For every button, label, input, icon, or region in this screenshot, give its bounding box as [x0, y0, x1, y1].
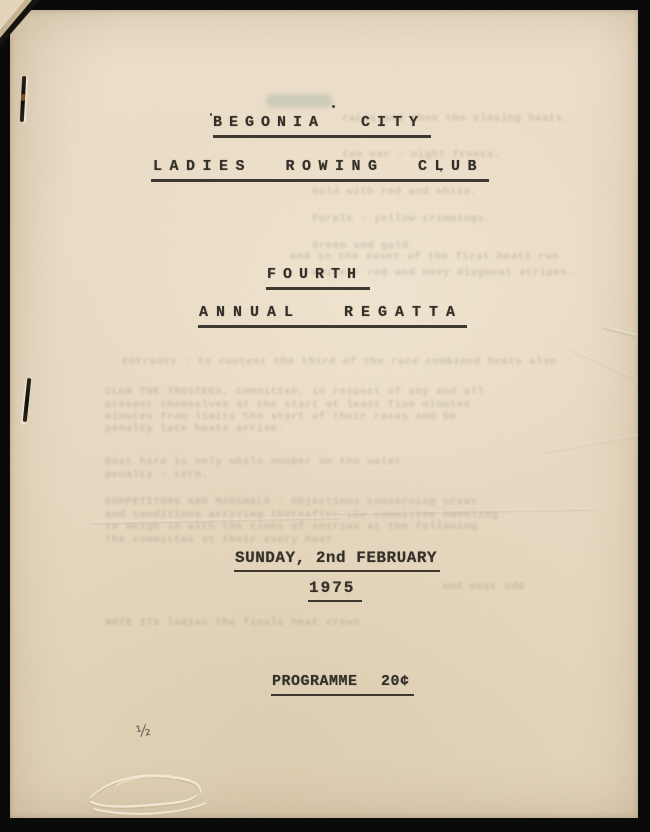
- event-title-line-2: ANNUAL REGATTA: [198, 305, 467, 328]
- edge-crease-right: [602, 326, 636, 337]
- showthrough-line: and conditions arriving thereafter the c…: [105, 509, 573, 521]
- diagonal-crease-mid-right: [545, 433, 638, 453]
- diagonal-crease-upper-right: [565, 346, 637, 380]
- horizontal-crease-left: [90, 516, 340, 524]
- showthrough-line: to weigh in with the times of entries at…: [105, 521, 573, 533]
- showthrough-smudge: [266, 94, 332, 108]
- showthrough-line: present themselves at the start at least…: [105, 399, 573, 411]
- event-year: 1975: [308, 580, 362, 602]
- showthrough-line: penalty - term.: [105, 469, 213, 481]
- showthrough-line: CLUB THE TRUSTEES, Committee, in respect…: [105, 386, 573, 398]
- scanned-programme-cover: and in the event of the first heats runr…: [0, 0, 650, 832]
- showthrough-line: and most odd: [442, 581, 530, 593]
- showthrough-line: minutes from limits the start of their r…: [105, 411, 543, 423]
- showthrough-line: the committee at their every heat: [105, 534, 403, 546]
- showthrough-line: Gold with red and white.: [312, 186, 492, 198]
- showthrough-line: Purple - yellow trimmings.: [312, 213, 504, 225]
- programme-price-line: PROGRAMME 20¢: [271, 674, 414, 696]
- corner-fold-highlight: [0, 0, 25, 30]
- paper-sheet: and in the event of the first heats runr…: [10, 10, 638, 818]
- showthrough-line: Entrants : to contest the third of the r…: [122, 356, 560, 368]
- club-name-line-1: BEGONIA CITY: [213, 115, 431, 138]
- showthrough-line: Green and gold.: [312, 240, 430, 252]
- staple-rust-spot: [20, 94, 25, 101]
- club-name-line-2: LADIES ROWING CLUB: [151, 159, 489, 182]
- ink-speck: [210, 113, 212, 116]
- ink-speck: [332, 105, 335, 108]
- event-title-line-1: FOURTH: [266, 267, 370, 290]
- showthrough-line: NOTE ITS ladies the finals heat crews: [105, 617, 431, 629]
- showthrough-line: Boat hire is only while number on the wa…: [105, 456, 513, 468]
- horizontal-crease-right: [335, 508, 595, 516]
- showthrough-line: COMPETITORS AND MARSHALS : Objections co…: [105, 496, 583, 508]
- event-date-line: SUNDAY, 2nd FEBRUARY: [234, 550, 440, 572]
- showthrough-line: penalty late heats arrive.: [105, 423, 301, 435]
- showthrough-line: and in the event of the first heats run: [290, 251, 558, 263]
- embossed-impression: [76, 763, 216, 818]
- handwritten-pencil-mark: ½: [135, 721, 152, 741]
